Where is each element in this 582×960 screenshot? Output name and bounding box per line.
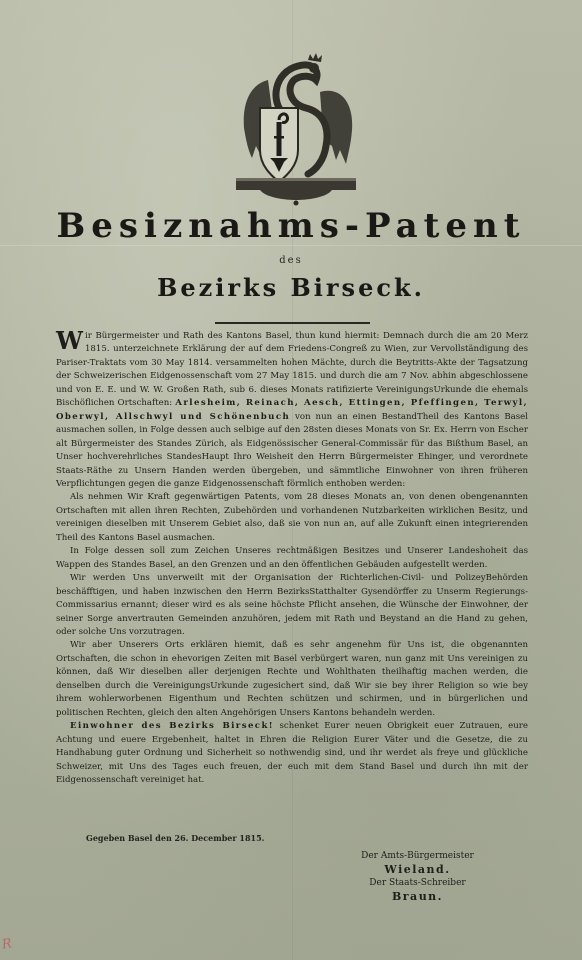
signatory-name-mayor: Wieland. xyxy=(350,863,485,877)
signature-block: Der Amts-Bürgermeister Wieland. Der Staa… xyxy=(350,850,485,904)
paragraph-organisation: Wir werden Uns unverweilt mit der Organi… xyxy=(56,572,528,639)
paragraph-rights: Wir aber Unserers Orts erklären hiemit, … xyxy=(56,639,528,720)
proclamation-body: Wir Bürgermeister und Rath des Kantons B… xyxy=(56,330,528,787)
basilisk-shield-icon xyxy=(230,50,362,206)
preamble-text: ir Bürgermeister und Rath des Kantons Ba… xyxy=(56,331,528,408)
subtitle-connector: des xyxy=(0,255,582,266)
paragraph-address: Einwohner des Bezirks Birseck! schenket … xyxy=(56,720,528,787)
signatory-name-clerk: Braun. xyxy=(350,890,485,904)
document-subtitle: Bezirks Birseck. xyxy=(0,273,582,302)
given-date-line: Gegeben Basel den 26. December 1815. xyxy=(86,833,264,843)
basel-coat-of-arms-emblem xyxy=(230,50,362,206)
poster-page: Besiznahms-Patent des Bezirks Birseck. W… xyxy=(0,0,582,960)
signatory-role-mayor: Der Amts-Bürgermeister xyxy=(350,850,485,863)
address-lead: Einwohner des Bezirks Birseck! xyxy=(70,721,274,731)
signatory-role-clerk: Der Staats-Schreiber xyxy=(350,877,485,890)
paragraph-coat-of-arms: In Folge dessen soll zum Zeichen Unseres… xyxy=(56,545,528,572)
paragraph-possession: Als nehmen Wir Kraft gegenwärtigen Paten… xyxy=(56,491,528,545)
drop-cap: W xyxy=(56,331,83,351)
preamble-text-continued: von nun an einen BestandTheil des Kanton… xyxy=(56,412,528,489)
paragraph-preamble: Wir Bürgermeister und Rath des Kantons B… xyxy=(56,330,528,491)
document-title: Besiznahms-Patent xyxy=(0,206,582,246)
pencil-annotation: R xyxy=(1,936,13,952)
title-divider xyxy=(215,322,370,324)
